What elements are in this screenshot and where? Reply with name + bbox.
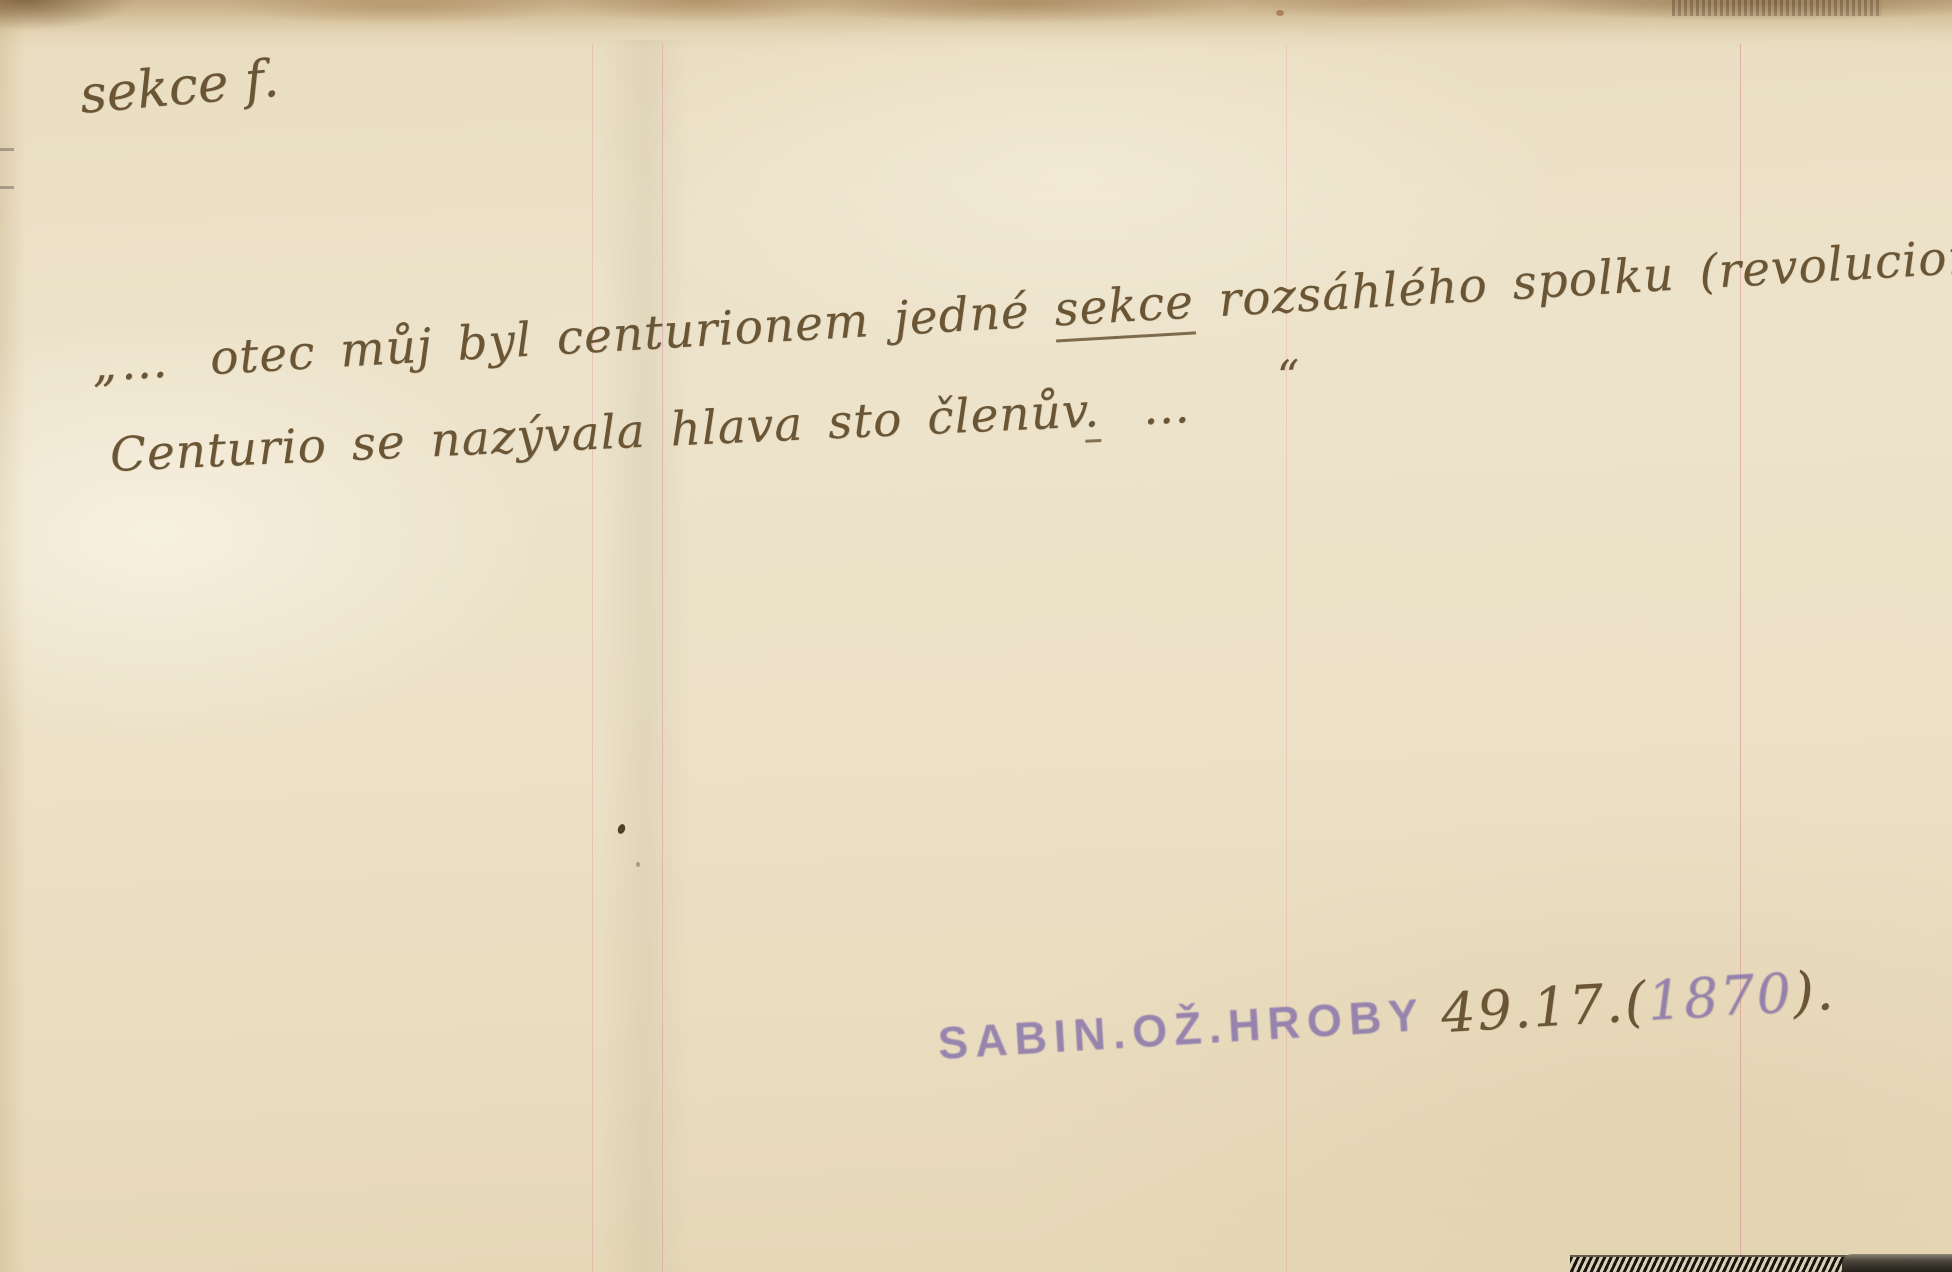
hatch-pattern — [1570, 1257, 1856, 1272]
bottom-right-corner-object — [1570, 1250, 1952, 1272]
quote-line-1: „… otec můj byl centurionem jedné sekce … — [90, 222, 1952, 393]
ruling-line-2 — [662, 44, 663, 1272]
ruling-line-3 — [1286, 44, 1287, 1272]
archive-number-prefix: 49.17.( — [1439, 970, 1649, 1045]
stamped-year: 1870 — [1646, 961, 1795, 1033]
scanned-document: sekce f. „… otec můj byl centurionem jed… — [0, 0, 1952, 1272]
vertical-crease — [600, 40, 690, 1272]
underlined-word-sekce: sekce — [1053, 275, 1196, 343]
aged-top-edge — [0, 0, 1952, 52]
rust-speck — [1276, 10, 1284, 16]
left-edge-mark — [0, 186, 14, 189]
trailing-ellipsis: … — [1141, 379, 1198, 436]
underlined-period: . — [1082, 383, 1101, 443]
archive-number: 49.17.(1870). — [1439, 959, 1837, 1045]
ink-speck-small — [636, 862, 640, 867]
quote-line1-end: rozsáhlého spolku (revolucionářů). — [1217, 222, 1952, 328]
dark-corner-sliver — [1842, 1254, 1952, 1272]
corner-label: sekce f. — [77, 49, 281, 126]
archive-reference-line: SABIN.OŽ.HROBY 49.17.(1870). — [936, 959, 1837, 1075]
closing-quote-mark: “ — [1276, 351, 1302, 403]
ruling-line-4 — [1740, 44, 1741, 1272]
quote-line2-text: Centurio se nazývala hlava sto členův — [109, 384, 1085, 483]
ruling-line-1 — [592, 44, 593, 1272]
archive-stamp-text: SABIN.OŽ.HROBY — [936, 989, 1426, 1070]
left-edge-mark — [0, 148, 14, 151]
fabric-texture-top-right — [1672, 0, 1882, 16]
quote-line-2: Centurio se nazývala hlava sto členův. …… — [109, 374, 1303, 483]
opening-quote-mark: „… — [90, 333, 172, 392]
archive-number-suffix: ). — [1791, 959, 1837, 1024]
